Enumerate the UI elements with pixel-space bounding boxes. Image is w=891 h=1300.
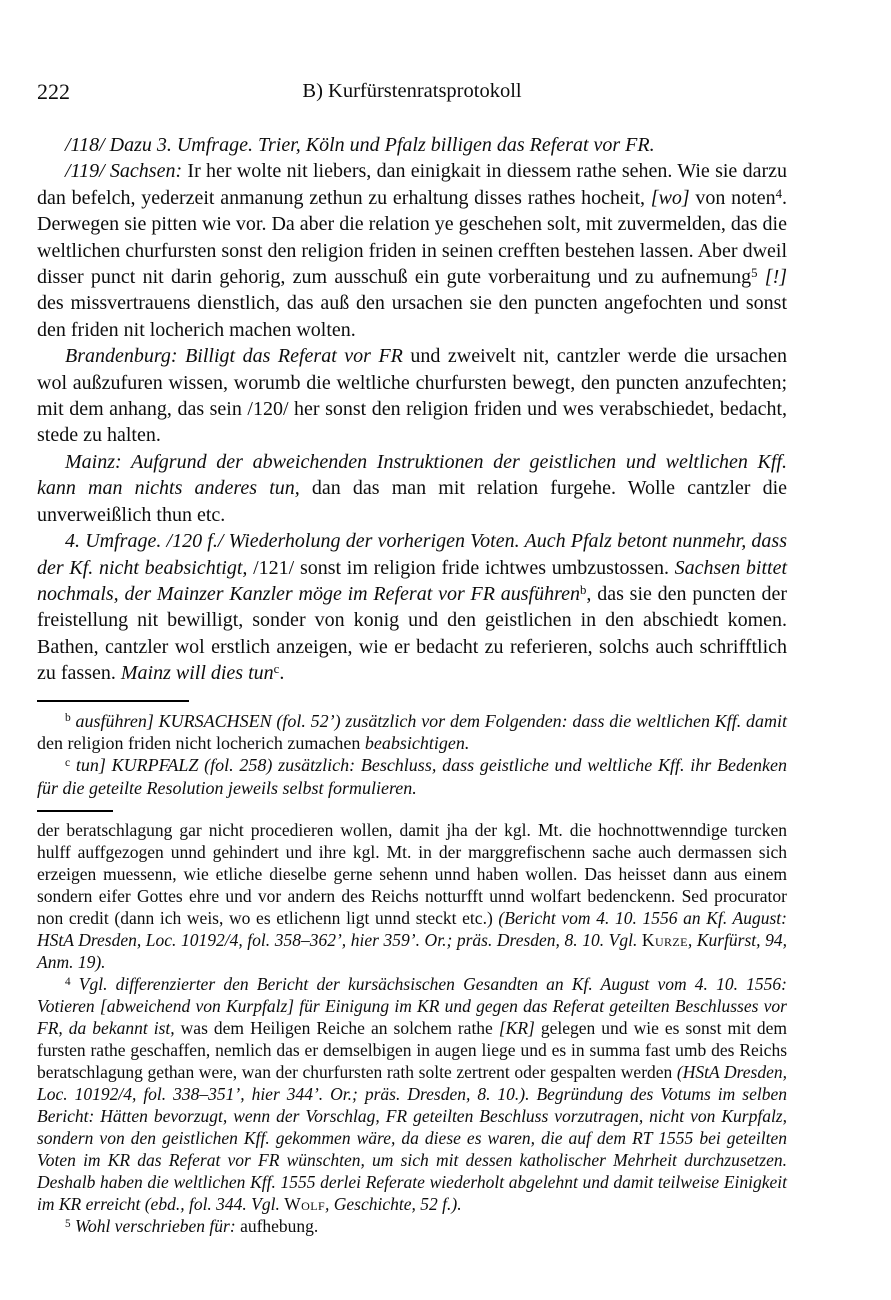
page-header: 222 B) Kurfürstenratsprotokoll bbox=[37, 78, 787, 105]
text-segment: 4 bbox=[65, 976, 71, 988]
text-segment bbox=[71, 974, 79, 994]
text-segment: [wo] bbox=[651, 187, 690, 209]
page-content: 222 B) Kurfürstenratsprotokoll /118/ Daz… bbox=[37, 78, 787, 1237]
page-number: 222 bbox=[37, 78, 70, 105]
text-segment: b bbox=[65, 712, 71, 724]
text-segment: beabsichtigen. bbox=[365, 733, 469, 753]
text-segment bbox=[758, 266, 765, 288]
text-segment: (HStA Dresden, Loc. 10192/4, fol. 338–35… bbox=[37, 1062, 787, 1214]
text-segment: ausführen] KURSACHSEN (fol. 52’) zusätzl… bbox=[76, 711, 787, 731]
body-paragraph: /118/ Dazu 3. Umfrage. Trier, Köln und P… bbox=[37, 132, 787, 158]
text-segment: von noten bbox=[690, 187, 776, 209]
text-segment: 5 bbox=[65, 1218, 71, 1230]
critical-apparatus-note: c tun] KURPFALZ (fol. 258) zusätzlich: B… bbox=[37, 754, 787, 799]
text-segment: , Geschichte, 52 f.). bbox=[325, 1194, 462, 1214]
text-segment: 5 bbox=[751, 266, 757, 280]
text-segment: aufhebung. bbox=[240, 1216, 318, 1236]
main-text: /118/ Dazu 3. Umfrage. Trier, Köln und P… bbox=[37, 132, 787, 687]
commentary-divider bbox=[37, 810, 113, 812]
text-segment: Mainz will dies tun bbox=[121, 662, 274, 684]
critical-apparatus-note: b ausführen] KURSACHSEN (fol. 52’) zusät… bbox=[37, 710, 787, 755]
text-segment: c bbox=[65, 757, 70, 769]
running-head: B) Kurfürstenratsprotokoll bbox=[37, 78, 787, 105]
text-segment: /119/ Sachsen: bbox=[65, 160, 182, 182]
text-segment: tun] KURPFALZ (fol. 258) zusätzlich: Bes… bbox=[37, 755, 787, 797]
text-segment: 4 bbox=[776, 187, 782, 201]
text-segment: Wohl verschrieben für: bbox=[75, 1216, 240, 1236]
text-segment: /118/ Dazu 3. Umfrage. Trier, Köln und P… bbox=[65, 134, 655, 156]
text-segment: was dem Heiligen Reiche an solchem rathe bbox=[181, 1018, 499, 1038]
text-segment: des missvertrauens dienstlich, das auß d… bbox=[37, 292, 787, 340]
body-paragraph: Brandenburg: Billigt das Referat vor FR … bbox=[37, 343, 787, 449]
text-segment: b bbox=[580, 583, 586, 597]
text-segment: Wolf bbox=[284, 1194, 325, 1214]
body-paragraph: 4. Umfrage. /120 f./ Wiederholung der vo… bbox=[37, 528, 787, 686]
text-segment: [KR] bbox=[499, 1018, 535, 1038]
commentary-note: 4 Vgl. differenzierter den Bericht der k… bbox=[37, 973, 787, 1215]
critical-apparatus: b ausführen] KURSACHSEN (fol. 52’) zusät… bbox=[37, 710, 787, 800]
text-segment: [!] bbox=[765, 266, 787, 288]
critical-apparatus-divider bbox=[37, 700, 189, 702]
commentary-note: der beratschlagung gar nicht procedieren… bbox=[37, 819, 787, 973]
commentary-note: 5 Wohl verschrieben für: aufhebung. bbox=[37, 1215, 787, 1237]
text-segment: Brandenburg: Billigt das Referat vor FR bbox=[65, 345, 403, 367]
body-paragraph: /119/ Sachsen: Ir her wolte nit liebers,… bbox=[37, 158, 787, 343]
body-paragraph: Mainz: Aufgrund der abweichenden Instruk… bbox=[37, 449, 787, 528]
text-segment: den religion friden nicht locherich zuma… bbox=[37, 733, 365, 753]
commentary-notes: der beratschlagung gar nicht procedieren… bbox=[37, 819, 787, 1237]
text-segment: . bbox=[279, 662, 284, 684]
book-page: 222 B) Kurfürstenratsprotokoll /118/ Daz… bbox=[0, 0, 891, 1300]
text-segment: Kurze bbox=[642, 930, 688, 950]
text-segment: c bbox=[274, 662, 280, 676]
text-segment: /121/ sonst im religion fride ichtwes um… bbox=[247, 557, 674, 579]
